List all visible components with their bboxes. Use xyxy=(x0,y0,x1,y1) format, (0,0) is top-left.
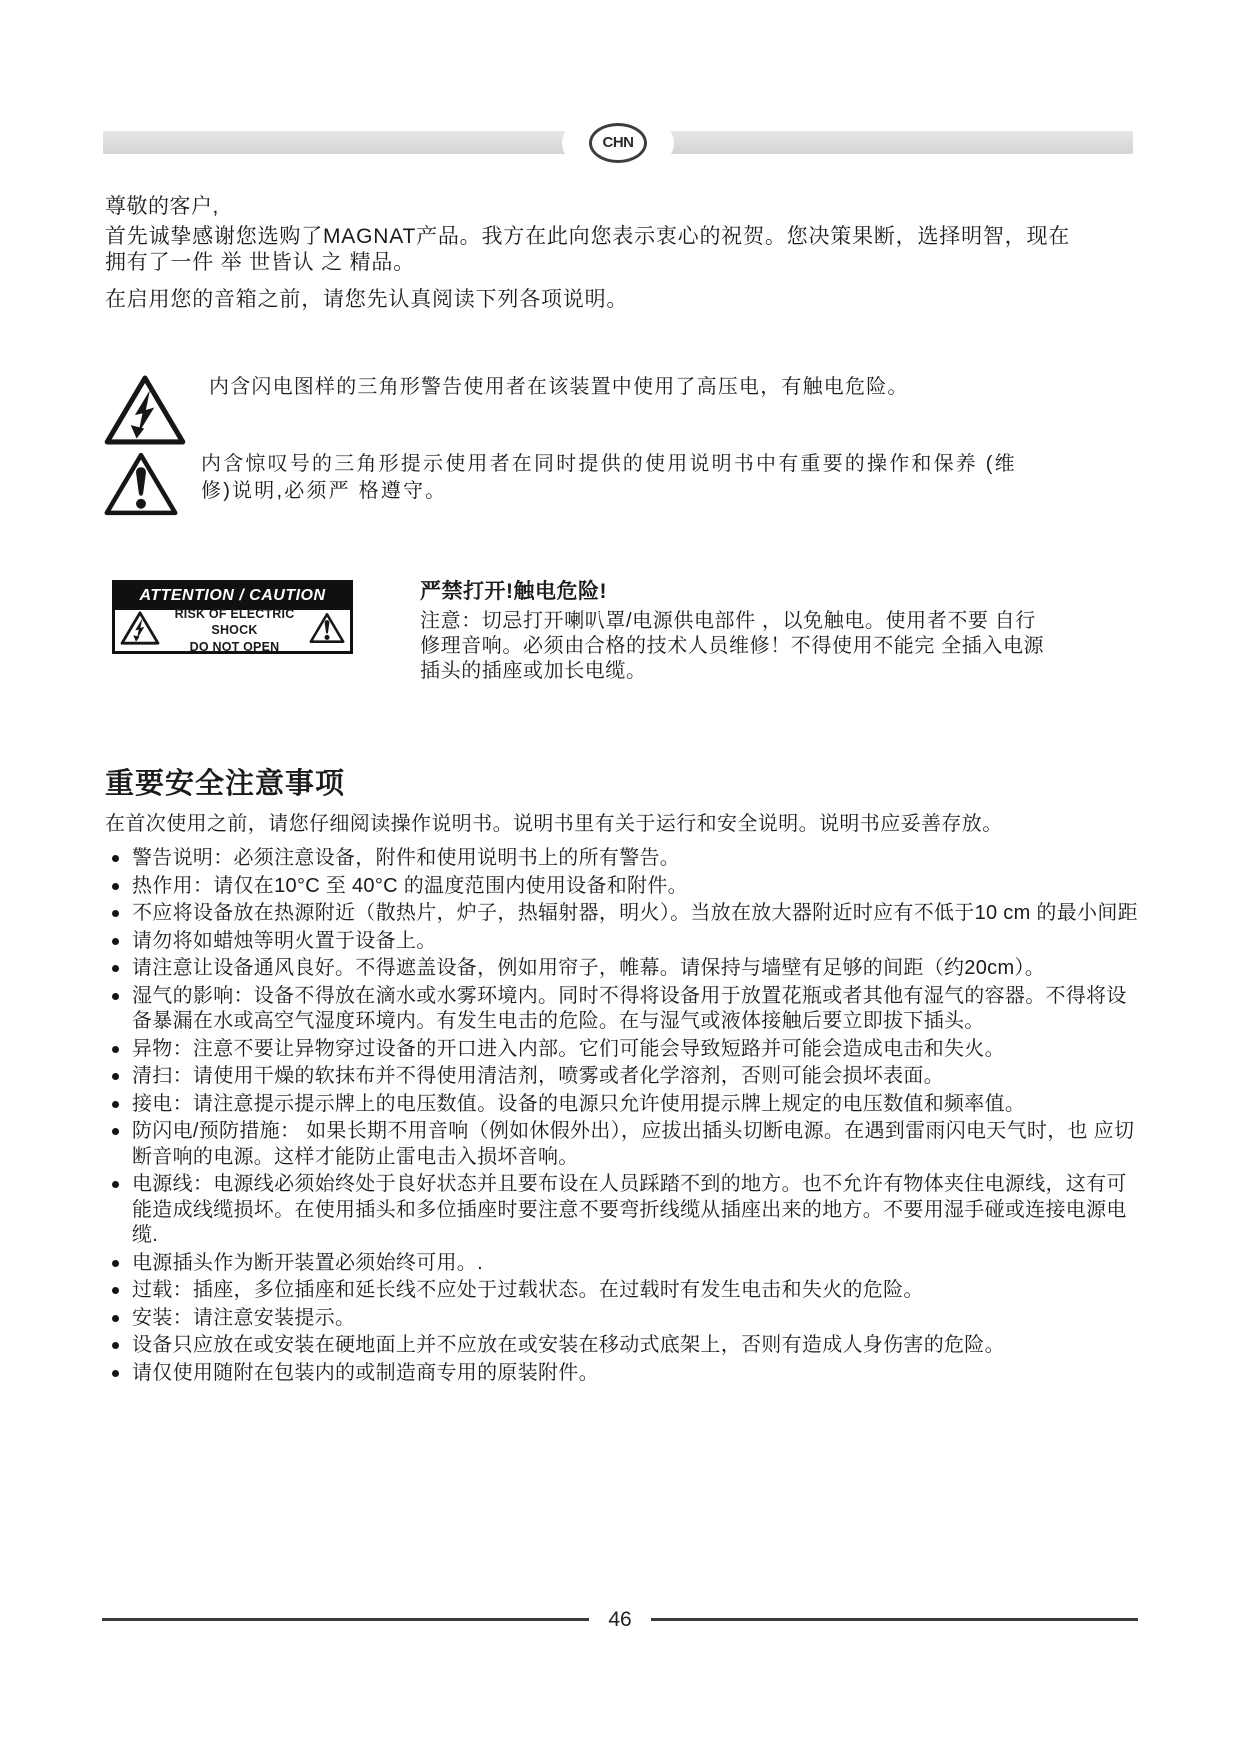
greeting-section: 尊敬的客户, 首先诚挚感谢您选购了MAGNAT产品。我方在此向您表示衷心的祝贺。… xyxy=(105,193,1115,313)
safety-item: 防闪电/预防措施： 如果长期不用音响（例如休假外出），应拔出插头切断电源。在遇到… xyxy=(105,1119,1143,1170)
caution-body: 注意：切忌打开喇叭罩/电源供电部件 ，以免触电。使用者不要 自行修理音响。必须由… xyxy=(420,609,1048,684)
safety-item: 电源插头作为断开装置必须始终可用。. xyxy=(105,1251,1143,1277)
caution-exclamation-icon xyxy=(309,611,345,650)
safety-item: 请注意让设备通风良好。不得遮盖设备，例如用帘子，帷幕。请保持与墙壁有足够的间距（… xyxy=(105,956,1143,982)
safety-item: 湿气的影响：设备不得放在滴水或水雾环境内。同时不得将设备用于放置花瓶或者其他有湿… xyxy=(105,984,1143,1035)
footer-rule-left xyxy=(102,1618,589,1621)
safety-item: 请勿将如蜡烛等明火置于设备上。 xyxy=(105,929,1143,955)
safety-item: 请仅使用随附在包装内的或制造商专用的原装附件。 xyxy=(105,1361,1143,1387)
attention-caution-box: ATTENTION / CAUTION RISK OF ELECTRIC SHO… xyxy=(112,580,353,654)
safety-item: 异物：注意不要让异物穿过设备的开口进入内部。它们可能会导致短路并可能会造成电击和… xyxy=(105,1037,1143,1063)
page-number: 46 xyxy=(606,1609,633,1630)
caution-lightning-icon xyxy=(120,610,160,651)
exclamation-warning-row: 内含惊叹号的三角形提示使用者在同时提供的使用说明书中有重要的操作和保养 (维修)… xyxy=(103,449,1043,524)
pre-read-note: 在启用您的音箱之前，请您先认真阅读下列各项说明。 xyxy=(105,287,1115,313)
safety-item: 接电：请注意提示提示牌上的电压数值。设备的电源只允许使用提示牌上规定的电压数值和… xyxy=(105,1092,1143,1118)
safety-item: 安装：请注意安装提示。 xyxy=(105,1306,1143,1332)
caution-text-block: 严禁打开!触电危险! 注意：切忌打开喇叭罩/电源供电部件 ，以免触电。使用者不要… xyxy=(420,578,1048,684)
greeting-salutation: 尊敬的客户, xyxy=(105,193,1115,221)
safety-item: 热作用：请仅在10°C 至 40°C 的温度范围内使用设备和附件。 xyxy=(105,874,1143,900)
safety-item: 不应将设备放在热源附近（散热片，炉子，热辐射器，明火）。当放在放大器附近时应有不… xyxy=(105,901,1143,927)
lightning-warning-text: 内含闪电图样的三角形警告使用者在该装置中使用了高压电，有触电危险。 xyxy=(209,374,1051,453)
safety-intro: 在首次使用之前，请您仔细阅读操作说明书。说明书里有关于运行和安全说明。说明书应妥… xyxy=(105,811,1143,837)
safety-item: 清扫：请使用干燥的软抹布并不得使用清洁剂，喷雾或者化学溶剂，否则可能会损坏表面。 xyxy=(105,1064,1143,1090)
footer: 46 xyxy=(102,1609,1138,1630)
header-badge-capsule: CHN xyxy=(562,121,674,165)
footer-rule-right xyxy=(651,1618,1138,1621)
safety-item: 警告说明：必须注意设备，附件和使用说明书上的所有警告。 xyxy=(105,846,1143,872)
chn-region-label: CHN xyxy=(603,134,634,151)
risk-line-2: DO NOT OPEN xyxy=(160,639,309,655)
safety-item: 过载：插座，多位插座和延长线不应处于过载状态。在过载时有发生电击和失火的危险。 xyxy=(105,1278,1143,1304)
greeting-paragraph: 首先诚挚感谢您选购了MAGNAT产品。我方在此向您表示衷心的祝贺。您决策果断，选… xyxy=(105,224,1090,276)
safety-section: 重要安全注意事项 在首次使用之前，请您仔细阅读操作说明书。说明书里有关于运行和安… xyxy=(105,766,1143,1388)
caution-title: 严禁打开!触电危险! xyxy=(420,578,1048,605)
exclamation-warning-text: 内含惊叹号的三角形提示使用者在同时提供的使用说明书中有重要的操作和保养 (维修)… xyxy=(201,451,1043,524)
safety-item: 电源线：电源线必须始终处于良好状态并且要布设在人员踩踏不到的地方。也不允许有物体… xyxy=(105,1172,1143,1249)
lightning-warning-row: 内含闪电图样的三角形警告使用者在该装置中使用了高压电，有触电危险。 xyxy=(103,372,1051,453)
exclamation-triangle-icon xyxy=(103,449,179,524)
lightning-triangle-icon xyxy=(103,372,187,453)
safety-item: 设备只应放在或安装在硬地面上并不应放在或安装在移动式底架上，否则有造成人身伤害的… xyxy=(105,1333,1143,1359)
header-bar: CHN xyxy=(103,131,1133,154)
chn-region-badge: CHN xyxy=(589,123,647,163)
safety-list: 警告说明：必须注意设备，附件和使用说明书上的所有警告。 热作用：请仅在10°C … xyxy=(105,846,1143,1386)
safety-title: 重要安全注意事项 xyxy=(105,766,1143,802)
risk-line-1: RISK OF ELECTRIC SHOCK xyxy=(160,606,309,639)
